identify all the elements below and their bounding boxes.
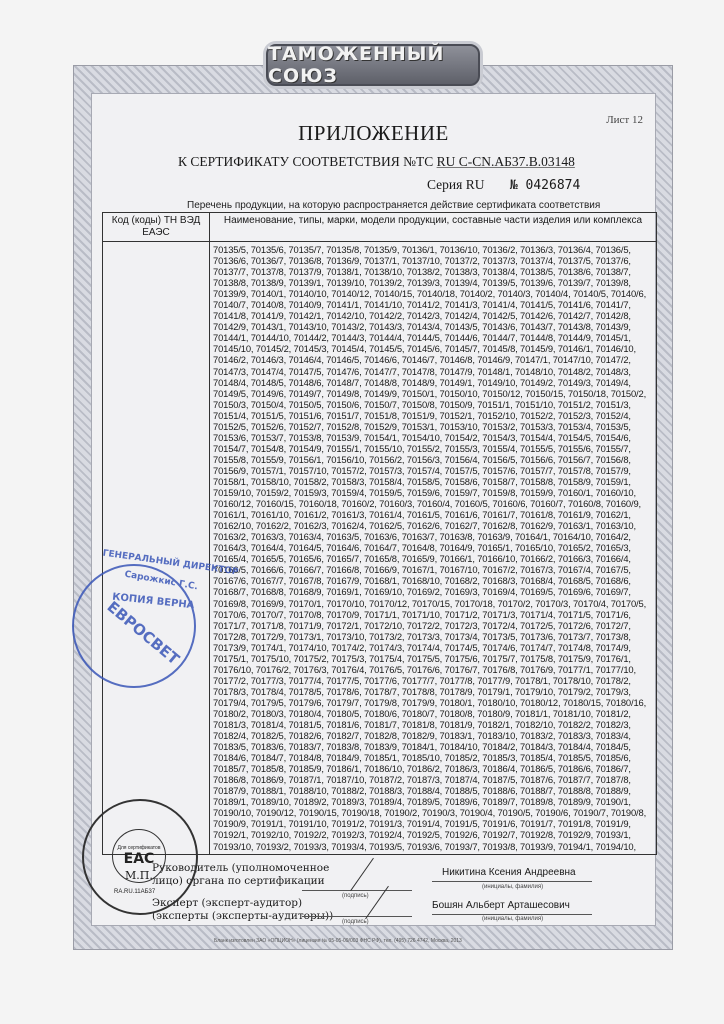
model-list-line: 70180/2, 70180/3, 70180/4, 70180/5, 7018… <box>213 708 653 719</box>
model-list-line: 70136/6, 70136/7, 70136/8, 70136/9, 7013… <box>213 255 653 266</box>
models-cell: 70135/5, 70135/6, 70135/7, 70135/8, 7013… <box>210 242 657 855</box>
model-list-line: 70171/7, 70171/8, 70171/9, 70172/1, 7017… <box>213 620 653 631</box>
table-header-row: Код (коды) ТН ВЭД ЕАЭС Наименование, тип… <box>103 213 657 242</box>
model-list-line: 70150/3, 70150/4, 70150/5, 70150/6, 7015… <box>213 399 653 410</box>
expert-label: Эксперт (эксперт-аудитор) (эксперты (экс… <box>152 897 333 923</box>
series-label: Серия RU <box>427 177 484 192</box>
customs-union-banner: ТАМОЖЕННЫЙ СОЮЗ <box>266 44 480 86</box>
model-list-line: 70161/1, 70161/10, 70161/2, 70161/3, 701… <box>213 509 653 520</box>
model-list-line: 70168/7, 70168/8, 70168/9, 70169/1, 7016… <box>213 586 653 597</box>
model-list-line: 70160/12, 70160/15, 70160/18, 70160/2, 7… <box>213 498 653 509</box>
model-list-line: 70162/10, 70162/2, 70162/3, 70162/4, 701… <box>213 520 653 531</box>
certificate-frame: ТАМОЖЕННЫЙ СОЮЗ Лист 12 ПРИЛОЖЕНИЕ К СЕР… <box>73 65 673 950</box>
model-list-line: 70178/3, 70178/4, 70178/5, 70178/6, 7017… <box>213 686 653 697</box>
model-list-line: 70156/9, 70157/1, 70157/10, 70157/2, 701… <box>213 465 653 476</box>
model-list-line: 70183/5, 70183/6, 70183/7, 70183/8, 7018… <box>213 741 653 752</box>
products-caption: Перечень продукции, на которую распростр… <box>187 200 600 211</box>
model-list-line: 70186/8, 70186/9, 70187/1, 70187/10, 701… <box>213 774 653 785</box>
table-row: 70135/5, 70135/6, 70135/7, 70135/8, 7013… <box>103 242 657 855</box>
head-name-hint: (инициалы, фамилия) <box>482 884 543 890</box>
model-list-line: 70155/8, 70155/9, 70156/1, 70156/10, 701… <box>213 454 653 465</box>
head-signature-line <box>302 890 412 891</box>
model-list-line: 70166/5, 70166/6, 70166/7, 70166/8, 7016… <box>213 564 653 575</box>
expert-sign-hint: (подпись) <box>342 919 369 925</box>
model-list-line: 70184/6, 70184/7, 70184/8, 70184/9, 7018… <box>213 752 653 763</box>
model-list-line: 70169/8, 70169/9, 70170/1, 70170/10, 701… <box>213 598 653 609</box>
model-list-line: 70164/3, 70164/4, 70164/5, 70164/6, 7016… <box>213 542 653 553</box>
series-line: Серия RU № 0426874 <box>427 177 580 193</box>
certificate-body: Лист 12 ПРИЛОЖЕНИЕ К СЕРТИФИКАТУ СООТВЕТ… <box>91 93 656 926</box>
model-list-line: 70141/8, 70141/9, 70142/1, 70142/10, 701… <box>213 310 653 321</box>
series-number: № 0426874 <box>510 178 580 193</box>
certificate-prefix: К СЕРТИФИКАТУ СООТВЕТСТВИЯ №ТС <box>178 154 433 169</box>
model-list-line: 70189/1, 70189/10, 70189/2, 70189/3, 701… <box>213 796 653 807</box>
certificate-line: К СЕРТИФИКАТУ СООТВЕТСТВИЯ №ТС RU C-CN.А… <box>178 154 575 170</box>
company-stamp: ГЕНЕРАЛЬНЫЙ ДИРЕКТОР Сарожкис Г.С. КОПИЯ… <box>72 564 196 688</box>
model-list-line: 70140/7, 70140/8, 70140/9, 70141/1, 7014… <box>213 299 653 310</box>
model-list-line: 70181/3, 70181/4, 70181/5, 70181/6, 7018… <box>213 719 653 730</box>
model-list-line: 70163/2, 70163/3, 70163/4, 70163/5, 7016… <box>213 531 653 542</box>
model-list-line: 70177/2, 70177/3, 70177/4, 70177/5, 7017… <box>213 675 653 686</box>
model-list-line: 70148/4, 70148/5, 70148/6, 70148/7, 7014… <box>213 377 653 388</box>
model-list-line: 70170/6, 70170/7, 70170/8, 70170/9, 7017… <box>213 609 653 620</box>
model-list-line: 70172/8, 70172/9, 70173/1, 70173/10, 701… <box>213 631 653 642</box>
model-list-line: 70179/4, 70179/5, 70179/6, 70179/7, 7017… <box>213 697 653 708</box>
model-list-line: 70153/6, 70153/7, 70153/8, 70153/9, 7015… <box>213 432 653 443</box>
model-list-line: 70149/5, 70149/6, 70149/7, 70149/8, 7014… <box>213 388 653 399</box>
header-code: Код (коды) ТН ВЭД ЕАЭС <box>103 213 210 242</box>
stamp-code: RA.RU.11АБ37 <box>114 889 155 895</box>
model-list-line: 70146/2, 70146/3, 70146/4, 70146/5, 7014… <box>213 354 653 365</box>
model-list-line: 70190/9, 70191/1, 70191/10, 70191/2, 701… <box>213 818 653 829</box>
certification-body-stamp: Для сертификатов ЕАС RA.RU.11АБ37 <box>82 799 198 915</box>
model-list-line: 70145/10, 70145/2, 70145/3, 70145/4, 701… <box>213 343 653 354</box>
model-list-line: 70159/10, 70159/2, 70159/3, 70159/4, 701… <box>213 487 653 498</box>
model-list-line: 70165/4, 70165/5, 70165/6, 70165/7, 7016… <box>213 553 653 564</box>
model-list-line: 70176/10, 70176/2, 70176/3, 70176/4, 701… <box>213 664 653 675</box>
head-name-line <box>432 881 592 882</box>
expert-name-hint: (инициалы, фамилия) <box>482 916 543 922</box>
certificate-number: RU C-CN.АБ37.В.03148 <box>437 154 575 169</box>
expert-signature-line <box>302 916 412 917</box>
model-list-line: 70182/4, 70182/5, 70182/6, 70182/7, 7018… <box>213 730 653 741</box>
expert-name: Бошян Альберт Арташесович <box>432 900 570 911</box>
model-list-line: 70154/7, 70154/8, 70154/9, 70155/1, 7015… <box>213 443 653 454</box>
model-list-line: 70193/10, 70193/2, 70193/3, 70193/4, 701… <box>213 841 653 852</box>
model-list-line: 70142/9, 70143/1, 70143/10, 70143/2, 701… <box>213 321 653 332</box>
model-list-line: 70137/7, 70137/8, 70137/9, 70138/1, 7013… <box>213 266 653 277</box>
model-list-line: 70173/9, 70174/1, 70174/10, 70174/2, 701… <box>213 642 653 653</box>
model-list-line: 70185/7, 70185/8, 70185/9, 70186/1, 7018… <box>213 763 653 774</box>
eac-mark-icon: ЕАС <box>124 851 155 867</box>
model-list-line: 70175/1, 70175/10, 70175/2, 70175/3, 701… <box>213 653 653 664</box>
model-list-line: 70138/8, 70138/9, 70139/1, 70139/10, 701… <box>213 277 653 288</box>
model-list-line: 70147/3, 70147/4, 70147/5, 70147/6, 7014… <box>213 366 653 377</box>
model-list-line: 70152/5, 70152/6, 70152/7, 70152/8, 7015… <box>213 421 653 432</box>
head-sign-hint: (подпись) <box>342 893 369 899</box>
model-list-line: 70151/4, 70151/5, 70151/6, 70151/7, 7015… <box>213 410 653 421</box>
model-list-line: 70192/1, 70192/10, 70192/2, 70192/3, 701… <box>213 829 653 840</box>
head-signature <box>350 858 374 891</box>
products-table: Код (коды) ТН ВЭД ЕАЭС Наименование, тип… <box>102 212 657 855</box>
head-name: Никитина Ксения Андреевна <box>442 867 576 878</box>
header-name: Наименование, типы, марки, модели продук… <box>210 213 657 242</box>
model-list-line: 70139/9, 70140/1, 70140/10, 70140/12, 70… <box>213 288 653 299</box>
model-list-line: 70190/10, 70190/12, 70190/15, 70190/18, … <box>213 807 653 818</box>
model-list-line: 70144/1, 70144/10, 70144/2, 70144/3, 701… <box>213 332 653 343</box>
code-cell <box>103 242 210 855</box>
model-list-line: 70187/9, 70188/1, 70188/10, 70188/2, 701… <box>213 785 653 796</box>
banner-text: ТАМОЖЕННЫЙ СОЮЗ <box>268 43 478 87</box>
model-list-line: 70158/1, 70158/10, 70158/2, 70158/3, 701… <box>213 476 653 487</box>
model-list-line: 70167/6, 70167/7, 70167/8, 70167/9, 7016… <box>213 575 653 586</box>
stamp-inner-circle: Для сертификатов ЕАС <box>112 829 166 883</box>
expert-name-line <box>432 914 592 915</box>
model-list-line: 70135/5, 70135/6, 70135/7, 70135/8, 7013… <box>213 244 653 255</box>
page-title: ПРИЛОЖЕНИЕ <box>92 121 655 146</box>
form-footer: Бланк изготовлен ЗАО «ОПЦИОН» (лицензия … <box>214 938 462 944</box>
